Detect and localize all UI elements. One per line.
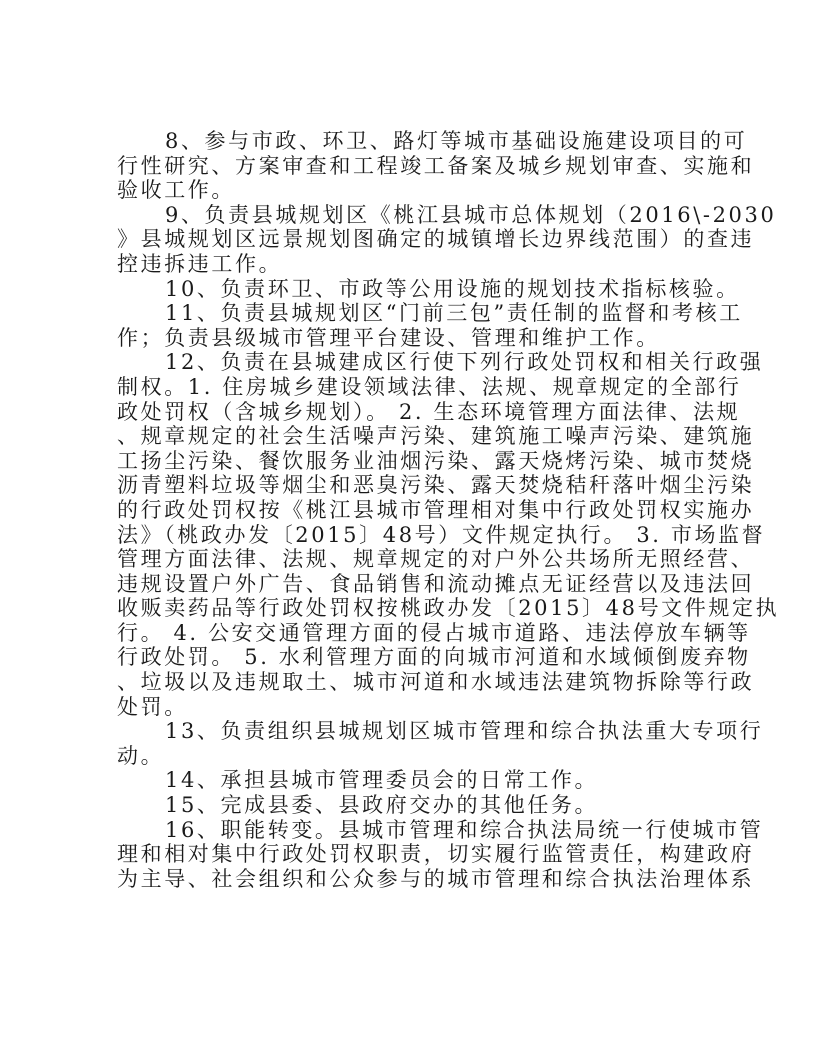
text-line: 14、承担县城市管理委员会的日常工作。 — [117, 768, 707, 793]
document-body: 8、参与市政、环卫、路灯等城市基础设施建设项目的可 行性研究、方案审查和工程竣工… — [117, 129, 707, 891]
text-line: 12、负责在县城建成区行使下列行政处罚权和相关行政强 — [117, 350, 707, 375]
text-line: 》县城规划区远景规划图确定的城镇增长边界线范围）的查违 — [117, 227, 707, 252]
text-line: 控违拆违工作。 — [117, 252, 707, 277]
paragraph-item-14: 14、承担县城市管理委员会的日常工作。 — [117, 768, 707, 793]
paragraph-item-11: 11、负责县城规划区“门前三包”责任制的监督和考核工 作；负责县级城市管理平台建… — [117, 301, 707, 350]
text-line: 、规章规定的社会生活噪声污染、建筑施工噪声污染、建筑施 — [117, 424, 707, 449]
paragraph-item-10: 10、负责环卫、市政等公用设施的规划技术指标核验。 — [117, 277, 707, 302]
text-line: 9、负责县城规划区《桃江县城市总体规划（2016\-2030 — [117, 203, 707, 228]
paragraph-item-16: 16、职能转变。县城市管理和综合执法局统一行使城市管 理和相对集中行政处罚权职责… — [117, 818, 707, 892]
text-line: 作；负责县级城市管理平台建设、管理和维护工作。 — [117, 326, 707, 351]
text-line: 的行政处罚权按《桃江县城市管理相对集中行政处罚权实施办 — [117, 498, 707, 523]
paragraph-item-13: 13、负责组织县城规划区城市管理和综合执法重大专项行 动。 — [117, 719, 707, 768]
text-line: 11、负责县城规划区“门前三包”责任制的监督和考核工 — [117, 301, 707, 326]
document-page: 8、参与市政、环卫、路灯等城市基础设施建设项目的可 行性研究、方案审查和工程竣工… — [0, 0, 816, 1056]
text-line: 行。 4. 公安交通管理方面的侵占城市道路、违法停放车辆等 — [117, 621, 707, 646]
paragraph-item-9: 9、负责县城规划区《桃江县城市总体规划（2016\-2030 》县城规划区远景规… — [117, 203, 707, 277]
text-line: 违规设置户外广告、食品销售和流动摊点无证经营以及违法回 — [117, 572, 707, 597]
text-line: 13、负责组织县城规划区城市管理和综合执法重大专项行 — [117, 719, 707, 744]
text-line: 法》（桃政办发〔2015〕48号）文件规定执行。 3. 市场监督 — [117, 523, 707, 548]
text-line: 沥青塑料垃圾等烟尘和恶臭污染、露天焚烧秸秆落叶烟尘污染 — [117, 473, 707, 498]
paragraph-item-12: 12、负责在县城建成区行使下列行政处罚权和相关行政强 制权。1. 住房城乡建设领… — [117, 350, 707, 719]
text-line: 验收工作。 — [117, 178, 707, 203]
text-line: 收贩卖药品等行政处罚权按桃政办发〔2015〕48号文件规定执 — [117, 596, 707, 621]
paragraph-item-15: 15、完成县委、县政府交办的其他任务。 — [117, 793, 707, 818]
text-line: 15、完成县委、县政府交办的其他任务。 — [117, 793, 707, 818]
text-line: 处罚。 — [117, 695, 707, 720]
paragraph-item-8: 8、参与市政、环卫、路灯等城市基础设施建设项目的可 行性研究、方案审查和工程竣工… — [117, 129, 707, 203]
text-line: 动。 — [117, 744, 707, 769]
text-line: 理和相对集中行政处罚权职责，切实履行监管责任，构建政府 — [117, 842, 707, 867]
text-line: 、垃圾以及违规取土、城市河道和水域违法建筑物拆除等行政 — [117, 670, 707, 695]
text-line: 8、参与市政、环卫、路灯等城市基础设施建设项目的可 — [117, 129, 707, 154]
text-line: 16、职能转变。县城市管理和综合执法局统一行使城市管 — [117, 818, 707, 843]
text-line: 工扬尘污染、餐饮服务业油烟污染、露天烧烤污染、城市焚烧 — [117, 449, 707, 474]
text-line: 制权。1. 住房城乡建设领域法律、法规、规章规定的全部行 — [117, 375, 707, 400]
text-line: 10、负责环卫、市政等公用设施的规划技术指标核验。 — [117, 277, 707, 302]
text-line: 行政处罚。 5. 水利管理方面的向城市河道和水域倾倒废弃物 — [117, 645, 707, 670]
text-line: 管理方面法律、法规、规章规定的对户外公共场所无照经营、 — [117, 547, 707, 572]
text-line: 政处罚权（含城乡规划）。 2. 生态环境管理方面法律、法规 — [117, 400, 707, 425]
text-line: 行性研究、方案审查和工程竣工备案及城乡规划审查、实施和 — [117, 154, 707, 179]
text-line: 为主导、社会组织和公众参与的城市管理和综合执法治理体系 — [117, 867, 707, 892]
